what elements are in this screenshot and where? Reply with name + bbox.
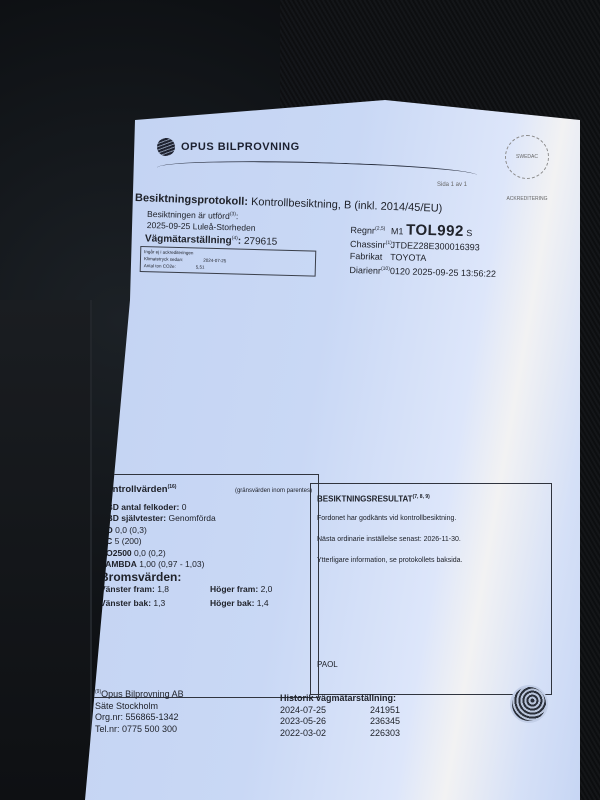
brake-value: Vänster bak: 1,3 [100,598,210,610]
control-values-box: Kontrollvärden(16) (gränsvärden inom par… [93,474,319,698]
result-line: Nästa ordinarie inställelse senast: 2026… [317,529,545,550]
result-title: BESIKTNINGSRESULTAT [317,495,413,504]
company-name: Opus Bilprovning AB [101,689,184,699]
inspection-result-box: BESIKTNINGSRESULTAT(7, 8, 9) Fordonet ha… [310,483,552,695]
control-row: OBD antal felkoder: 0 [100,502,312,514]
history-row: 2022-03-02226303 [280,728,430,740]
brake-value: Höger fram: 2,0 [210,584,300,596]
performed-info: Besiktningen är utförd(3): 2025-09-25 Lu… [147,207,256,234]
control-row: LAMBDA 1,00 (0,97 - 1,03) [100,559,312,571]
brake-values-title: Bromsvärden: [100,572,312,584]
swedac-seal-icon: SWEDAC ACKREDITERING [505,135,549,179]
diary-number: 0120 2025-09-25 13:56:22 [390,266,496,279]
certification-badge-icon [510,685,548,723]
brake-values: Vänster fram: 1,8 Höger fram: 2,0 Vänste… [100,584,312,609]
vehicle-make: TOYOTA [390,252,426,263]
odometer-history: Historik vägmätarställning: 2024-07-2524… [280,693,430,739]
climate-info-box: Ingår ej i ackrediteringen Klimatetryck … [140,246,317,277]
inspector-signature: PAOL [317,660,338,669]
brake-value: Höger bak: 1,4 [210,598,300,610]
control-row: HC 5 (200) [100,536,312,548]
brand-swoosh [157,156,477,186]
performed-value: 2025-09-25 Luleå-Storheden [147,220,256,234]
company-phone: Tel.nr: 0775 500 300 [95,724,184,736]
result-line: Fordonet har godkänts vid kontrollbesikt… [317,508,545,529]
company-info: (9)Opus Bilprovning AB Säte Stockholm Or… [95,687,184,735]
control-row: CO2500 0,0 (0,2) [100,548,312,560]
page-number: Sida 1 av 1 [437,182,467,188]
odometer-reading: Vägmätarställning(4): 279615 [145,233,278,248]
title-label: Besiktningsprotokoll: [135,192,248,208]
brand-logo: OPUS BILPROVNING [157,138,300,156]
control-row: OBD självtester: Genomförda [100,513,312,525]
vehicle-info: Regnr(2,5) M1 TOL992 S Chassinr(1) JTDEZ… [349,222,497,280]
globe-icon [157,138,175,156]
limits-note: (gränsvärden inom parentes) [235,486,312,498]
result-line: Ytterligare information, se protokollets… [317,550,545,571]
car-console-background [0,300,92,800]
odometer-label: Vägmätarställning [145,233,232,246]
control-row: CO 0,0 (0,3) [100,525,312,537]
history-row: 2024-07-25241951 [280,705,430,717]
title-type: Kontrollbesiktning, B (inkl. 2014/45/EU) [251,196,443,215]
brand-name: OPUS BILPROVNING [181,141,300,153]
history-title: Historik vägmätarställning: [280,693,430,705]
history-row: 2023-05-26236345 [280,716,430,728]
control-values-title: Kontrollvärden [100,484,168,495]
diary-row: Diarienr(10) 0120 2025-09-25 13:56:22 [349,262,496,280]
brake-value: Vänster fram: 1,8 [100,584,210,596]
inspection-protocol-document: OPUS BILPROVNING SWEDAC ACKREDITERING Si… [85,100,580,800]
performed-label: Besiktningen är utförd [147,209,230,221]
odometer-value: 279615 [244,236,278,248]
company-seat: Säte Stockholm [95,701,184,713]
company-org: Org.nr: 556865-1342 [95,712,184,724]
